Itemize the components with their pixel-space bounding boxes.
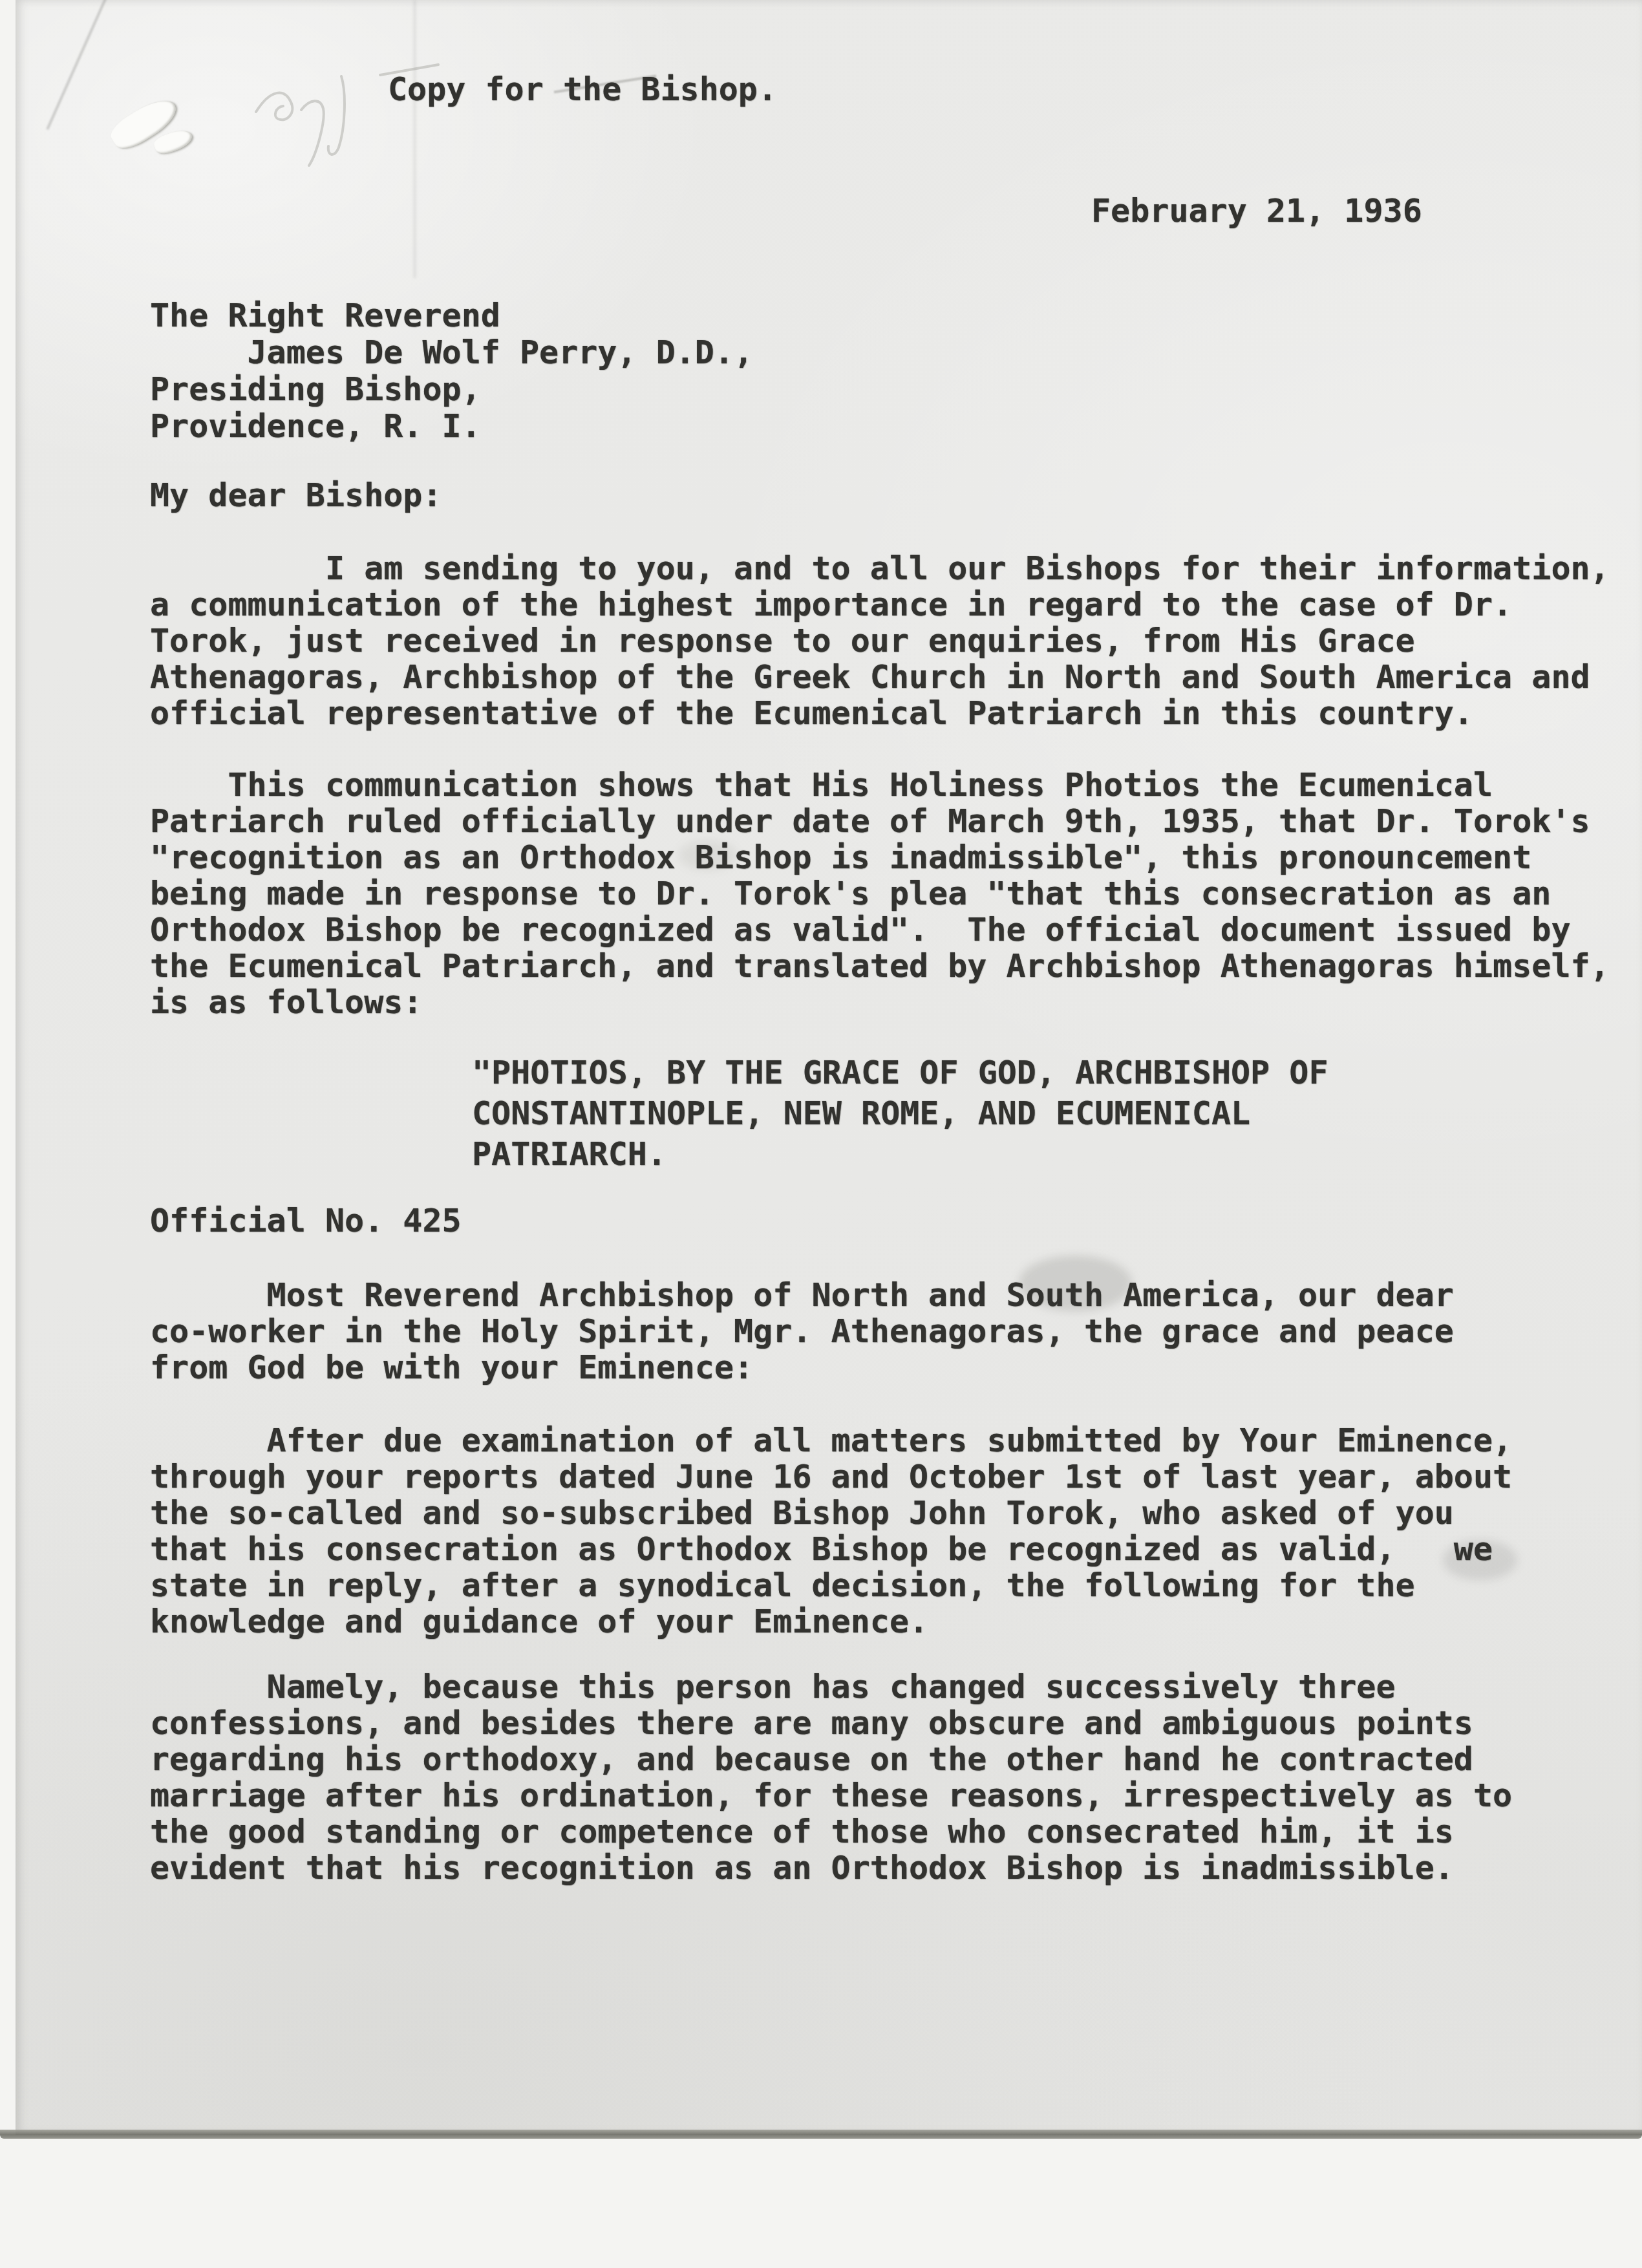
scanned-letter-page: Copy for the Bishop. February 21, 1936 T… xyxy=(0,0,1642,2268)
typed-content-layer: Copy for the Bishop. February 21, 1936 T… xyxy=(0,0,1642,2268)
salutation: My dear Bishop: xyxy=(150,477,442,513)
official-number: Official No. 425 xyxy=(150,1203,462,1239)
paper-bottom-edge xyxy=(0,2130,1642,2139)
paragraph-5: Namely, because this person has changed … xyxy=(150,1669,1512,1886)
paragraph-4: After due examination of all matters sub… xyxy=(150,1422,1512,1640)
copy-note: Copy for the Bishop. xyxy=(388,71,777,107)
date-line: February 21, 1936 xyxy=(1091,193,1422,229)
recipient-address: The Right Reverend James De Wolf Perry, … xyxy=(150,297,753,445)
patriarch-heading-quote: "PHOTIOS, BY THE GRACE OF GOD, ARCHBISHO… xyxy=(472,1053,1328,1175)
paragraph-3: Most Reverend Archbishop of North and So… xyxy=(150,1277,1454,1385)
paragraph-2: This communication shows that His Holine… xyxy=(150,767,1610,1020)
paragraph-1: I am sending to you, and to all our Bish… xyxy=(150,550,1610,731)
